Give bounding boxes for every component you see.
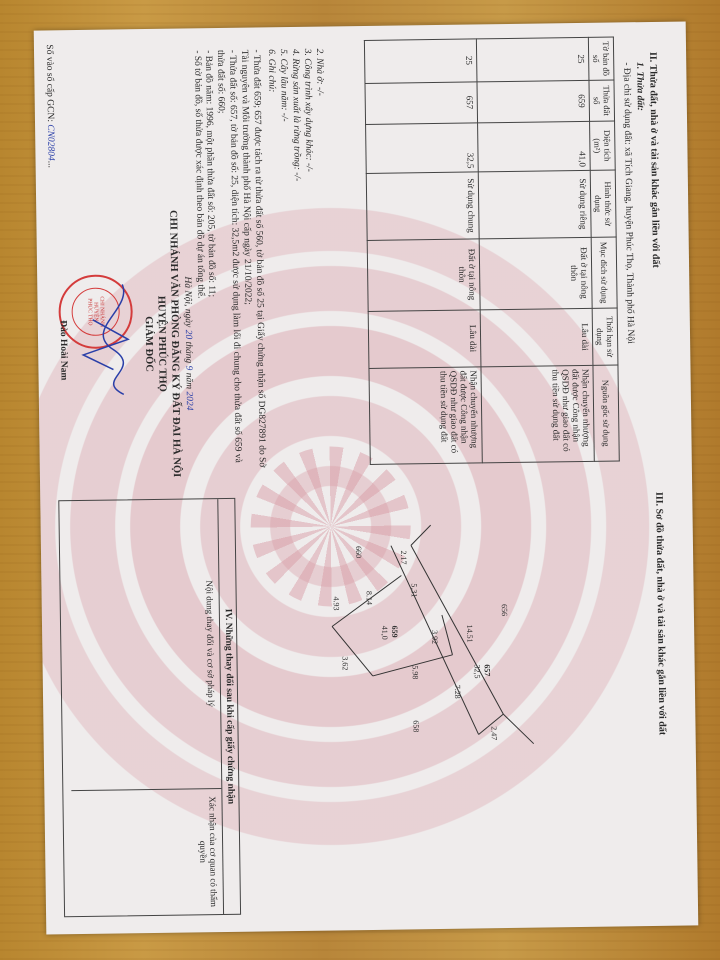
header-parcel-no: Thửa đất số xyxy=(589,80,615,121)
parcel-660-id: 660 xyxy=(354,546,363,558)
edge-label: 14.51 xyxy=(465,625,474,643)
edge-label: 8.14 xyxy=(365,591,374,605)
register-label: Số vào sổ cấp GCN: xyxy=(44,44,55,122)
cell-usage-form: Sử dụng riêng xyxy=(478,170,591,239)
notes-block: - Thửa đất 659; 657 được tách ra từ thửa… xyxy=(190,49,267,470)
changes-columns: Nội dung thay đổi và cơ sở pháp lý Xác n… xyxy=(67,499,223,916)
edge-label: 2.17 xyxy=(399,550,408,564)
date-month-label: tháng xyxy=(183,342,193,364)
header-map-sheet: Tờ bản đồ số xyxy=(588,37,614,80)
cell-purpose: Đất ở tại nông thôn xyxy=(367,239,480,312)
changes-approval-col: Xác nhận của cơ quan có thẩm quyền xyxy=(71,789,223,916)
header-usage-form: Hình thức sử dụng xyxy=(590,170,616,237)
edge-label: 5.98 xyxy=(411,665,420,679)
table-row: 25 659 41,0 Sử dụng riêng Đất ở tại nông… xyxy=(476,37,594,463)
cell-term: Lâu dài xyxy=(480,308,593,367)
register-value: CN02804 xyxy=(45,124,56,161)
section-3-title: III. Sơ đồ thửa đất, nhà ở và tài sản kh… xyxy=(652,492,668,735)
cell-area: 32,5 xyxy=(366,123,479,174)
cell-term: Lâu dài xyxy=(368,310,481,369)
header-term: Thời hạn sử dụng xyxy=(592,308,618,365)
land-parcel-table: Tờ bản đồ số Thửa đất số Diện tích (m²) … xyxy=(364,36,620,464)
edge-label: 7.28 xyxy=(453,685,462,699)
cell-parcel-no: 659 xyxy=(477,80,590,123)
cell-usage-form: Sử dụng chung xyxy=(366,172,479,241)
register-number: Số vào sổ cấp GCN: CN02804... xyxy=(42,44,56,168)
edge-label: 2.47 xyxy=(489,726,498,740)
parcel-656-id: 656 xyxy=(500,604,509,616)
date-prefix: Hà Nội, ngày xyxy=(182,276,193,327)
certificate-content-rotated: II. Thửa đất, nhà ở và tài sản khác gắn … xyxy=(34,22,697,935)
parcel-658-id: 658 xyxy=(411,720,420,732)
cell-purpose: Đất ở tại nông thôn xyxy=(479,237,592,310)
changes-content-col: Nội dung thay đổi và cơ sở pháp lý xyxy=(67,499,221,791)
parcel-657-area: 32,5 xyxy=(473,664,482,678)
parcel-sketch-map: 14.51 2.47 7.28 3.92 5.31 2.17 5.98 8.14… xyxy=(310,503,574,767)
date-year: 2024 xyxy=(184,391,194,410)
cell-map-sheet: 25 xyxy=(476,37,589,82)
changes-table: IV. Những thay đổi sau khi cấp giấy chứn… xyxy=(58,498,241,917)
edge-label: 4.93 xyxy=(332,596,341,610)
cell-origin: Nhận chuyển nhượng đất được Công nhận QS… xyxy=(369,367,482,465)
section-2-sub1: 1. Thửa đất: xyxy=(632,62,645,111)
cell-area: 41,0 xyxy=(478,121,591,172)
date-day: 20 xyxy=(183,330,193,340)
header-area: Diện tích (m²) xyxy=(590,121,616,170)
parcel-659-id: 659 xyxy=(390,626,399,638)
edge-label: 3.92 xyxy=(430,630,439,644)
parcel-657-id: 657 xyxy=(483,664,492,676)
date-month: 9 xyxy=(183,366,193,371)
header-origin: Nguồn gốc sử dụng xyxy=(593,365,619,461)
edge-label: 3.62 xyxy=(340,656,349,670)
edge-label: 5.31 xyxy=(409,583,418,597)
section-2-items: 2. Nhà ở: -/- 3. Công trình xây dựng khá… xyxy=(265,49,330,460)
signer-name: Đào Hoài Nam xyxy=(56,320,69,380)
table-row: 25 657 32,5 Sử dụng chung Đất ở tại nông… xyxy=(364,39,482,465)
header-purpose: Mục đích sử dụng xyxy=(591,237,617,308)
section-2-title: II. Thửa đất, nhà ở và tài sản khác gắn … xyxy=(646,52,662,268)
signature-block: Hà Nội, ngày 20 tháng 9 năm 2024 CHI NHÁ… xyxy=(140,198,195,489)
handwritten-signature xyxy=(62,279,144,400)
cell-origin: Nhận chuyển nhượng đất được Công nhận QS… xyxy=(481,365,594,463)
cell-map-sheet: 25 xyxy=(364,39,477,84)
cell-parcel-no: 657 xyxy=(365,82,478,125)
land-certificate-page: II. Thửa đất, nhà ở và tài sản khác gắn … xyxy=(34,21,699,934)
parcel-659-area: 41,0 xyxy=(380,626,389,640)
date-year-label: năm xyxy=(184,373,194,390)
